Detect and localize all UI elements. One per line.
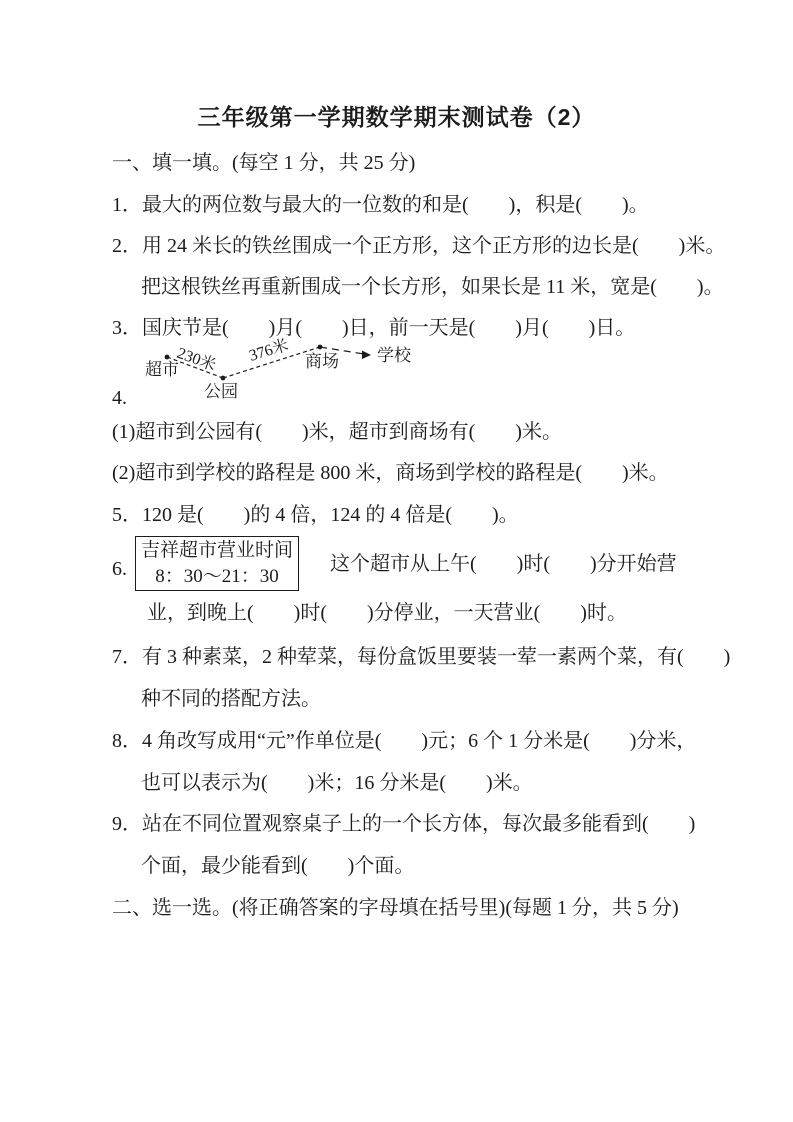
question-4-part-1: (1)超市到公园有( )米，超市到商场有( )米。 xyxy=(112,420,562,444)
question-9-line-2: 个面，最少能看到( )个面。 xyxy=(141,854,414,878)
park-point xyxy=(221,376,226,381)
question-5: 5．120 是( )的 4 倍，124 的 4 倍是( )。 xyxy=(112,503,519,527)
question-6-number: 6. xyxy=(112,558,127,581)
question-6-line-2: 业，到晚上( )时( )分停业，一天营业( )时。 xyxy=(147,601,627,625)
question-9-line-1: 9．站在不同位置观察桌子上的一个长方体，每次最多能看到( ) xyxy=(112,812,695,836)
question-7-line-1: 7．有 3 种素菜，2 种荤菜，每份盒饭里要装一荤一素两个菜，有( ) xyxy=(112,645,730,669)
question-1: 1．最大的两位数与最大的一位数的和是( )，积是( )。 xyxy=(112,193,649,217)
business-hours-title: 吉祥超市营业时间 xyxy=(141,538,293,564)
route-map-diagram: 超市 公园 商场 学校 230米 376米 xyxy=(138,333,438,411)
mall-point xyxy=(318,345,323,350)
distance-park-mall: 376米 xyxy=(247,336,291,365)
distance-supermarket-park: 230米 xyxy=(175,344,219,375)
question-4-part-2: (2)超市到学校的路程是 800 米，商场到学校的路程是( )米。 xyxy=(112,461,669,485)
school-label: 学校 xyxy=(377,346,412,365)
question-6-line-1: 这个超市从上午( )时( )分开始营 xyxy=(330,552,677,576)
question-4-number: 4. xyxy=(112,387,127,410)
section-2-header: 二、选一选。(将正确答案的字母填在括号里)(每题 1 分，共 5 分) xyxy=(112,896,679,920)
test-paper-page: 三年级第一学期数学期末测试卷（2） 一、填一填。(每空 1 分，共 25 分) … xyxy=(0,0,793,1122)
supermarket-label: 超市 xyxy=(145,359,179,379)
question-2-line-1: 2．用 24 米长的铁丝围成一个正方形，这个正方形的边长是( )米。 xyxy=(112,234,725,258)
business-hours-box: 吉祥超市营业时间 8：30～21：30 xyxy=(135,536,299,591)
arrowhead-to-school xyxy=(362,351,371,360)
mall-label: 商场 xyxy=(305,352,339,371)
question-7-line-2: 种不同的搭配方法。 xyxy=(141,687,321,711)
business-hours-time: 8：30～21：30 xyxy=(155,564,279,590)
park-label: 公园 xyxy=(204,382,238,401)
question-8-line-1: 8．4 角改写成用“元”作单位是( )元；6 个 1 分米是( )分米， xyxy=(112,729,696,753)
supermarket-point xyxy=(165,355,170,360)
page-title: 三年级第一学期数学期末测试卷（2） xyxy=(0,99,793,132)
question-8-line-2: 也可以表示为( )米；16 分米是( )米。 xyxy=(141,771,533,795)
section-1-header: 一、填一填。(每空 1 分，共 25 分) xyxy=(112,151,415,175)
question-2-line-2: 把这根铁丝再重新围成一个长方形，如果长是 11 米，宽是( )。 xyxy=(141,275,724,299)
